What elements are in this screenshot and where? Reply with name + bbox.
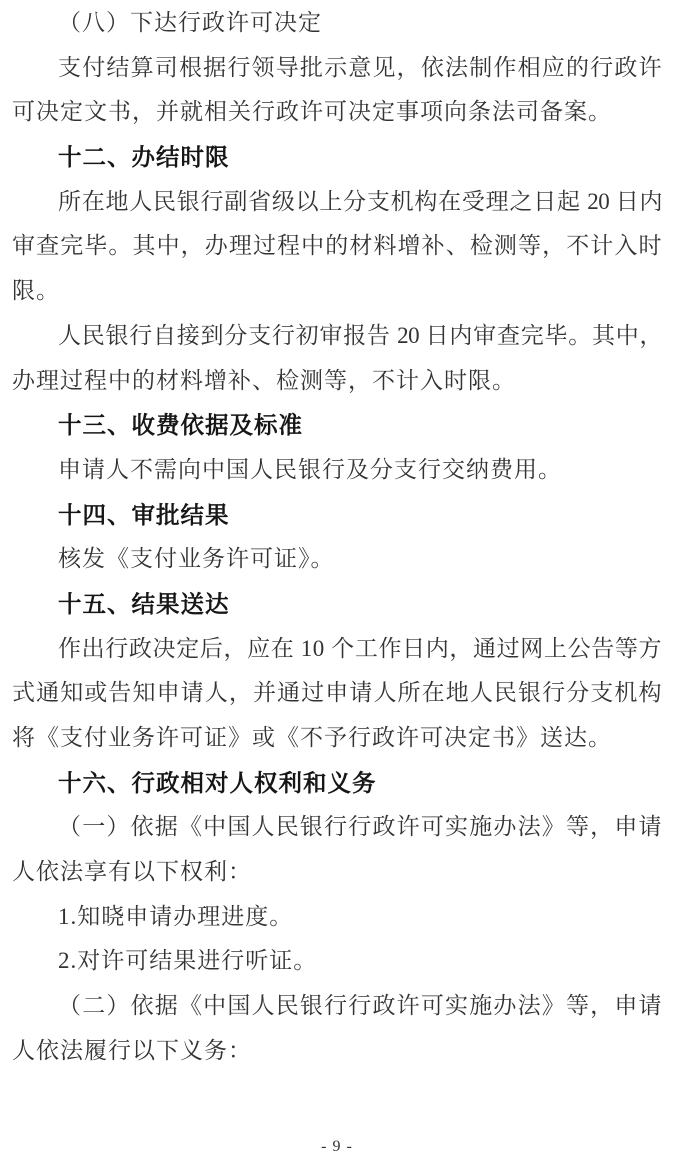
paragraph-line: （一）依据《中国人民银行行政许可实施办法》等，申请 <box>12 805 662 850</box>
paragraph-line: 限。 <box>12 269 662 314</box>
paragraph-line: 人依法享有以下权利： <box>12 850 662 895</box>
paragraph-line: 式通知或告知申请人，并通过申请人所在地人民银行分支机构 <box>12 671 662 716</box>
document-body: （八）下达行政许可决定 支付结算司根据行领导批示意见，依法制作相应的行政许 可决… <box>12 1 662 1074</box>
list-item-line: 2.对许可结果进行听证。 <box>12 939 662 984</box>
paragraph-line: 申请人不需向中国人民银行及分支行交纳费用。 <box>12 448 662 493</box>
paragraph-line: 人民银行自接到分支行初审报告 20 日内审查完毕。其中， <box>12 314 662 359</box>
paragraph-line: 支付结算司根据行领导批示意见，依法制作相应的行政许 <box>12 46 662 91</box>
paragraph-line: （二）依据《中国人民银行行政许可实施办法》等，申请 <box>12 984 662 1029</box>
paragraph-line: 办理过程中的材料增补、检测等，不计入时限。 <box>12 359 662 404</box>
section-heading: 十三、收费依据及标准 <box>12 403 662 448</box>
section-heading: 十四、审批结果 <box>12 493 662 538</box>
paragraph-line: 所在地人民银行副省级以上分支机构在受理之日起 20 日内 <box>12 180 662 225</box>
paragraph-line: 人依法履行以下义务： <box>12 1029 662 1074</box>
paragraph-line: 作出行政决定后，应在 10 个工作日内，通过网上公告等方 <box>12 627 662 672</box>
section-heading: 十二、办结时限 <box>12 135 662 180</box>
paragraph-line: 将《支付业务许可证》或《不予行政许可决定书》送达。 <box>12 716 662 761</box>
paragraph-line: 审查完毕。其中，办理过程中的材料增补、检测等，不计入时 <box>12 224 662 269</box>
document-page: （八）下达行政许可决定 支付结算司根据行领导批示意见，依法制作相应的行政许 可决… <box>0 0 674 1162</box>
list-item-line: 1.知晓申请办理进度。 <box>12 895 662 940</box>
paragraph-line: 核发《支付业务许可证》。 <box>12 537 662 582</box>
section-heading: 十五、结果送达 <box>12 582 662 627</box>
paragraph-line: （八）下达行政许可决定 <box>12 1 662 46</box>
page-number: - 9 - <box>0 1138 674 1156</box>
paragraph-line: 可决定文书，并就相关行政许可决定事项向条法司备案。 <box>12 90 662 135</box>
section-heading: 十六、行政相对人权利和义务 <box>12 761 662 806</box>
